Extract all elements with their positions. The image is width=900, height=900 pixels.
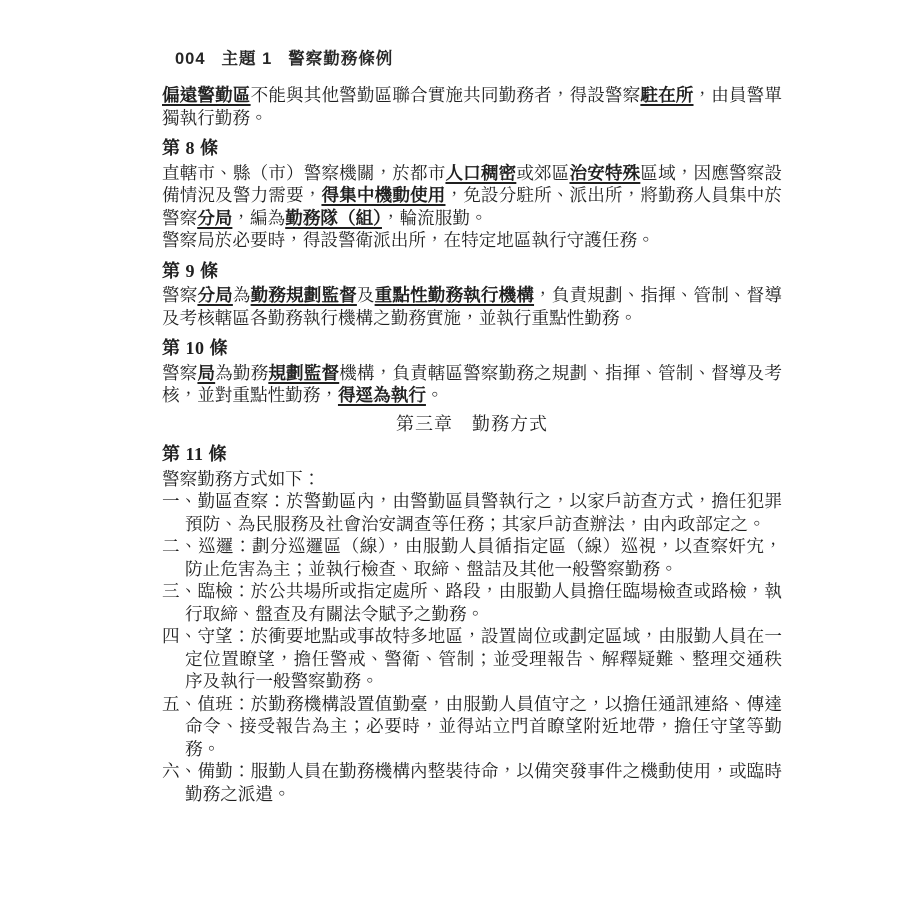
topic-label: 主題 1 xyxy=(222,45,273,69)
book-section-title: 警察勤務條例 xyxy=(288,45,393,69)
list-item-number: 二、 xyxy=(162,536,198,556)
emphasized-term: 重點性勤務執行機構 xyxy=(375,285,534,305)
list-item: 二、巡邏：劃分巡邏區（線），由服勤人員循指定區（線）巡視，以查察奸宄，防止危害為… xyxy=(162,535,782,580)
list-item-number: 四、 xyxy=(162,626,197,646)
list-item: 一、勤區查察：於警勤區內，由警勤區員警執行之，以家戶訪查方式，擔任犯罪預防、為民… xyxy=(162,490,782,535)
list-item: 六、備勤：服勤人員在勤務機構內整裝待命，以備突發事件之機動使用，或臨時勤務之派遣… xyxy=(162,760,782,805)
paragraph: 警察分局為勤務規劃監督及重點性勤務執行機構，負責規劃、指揮、管制、督導及考核轄區… xyxy=(162,284,782,329)
article-heading: 第 9 條 xyxy=(162,260,782,283)
article-heading: 第 8 條 xyxy=(162,137,782,160)
emphasized-term: 勤務規劃監督 xyxy=(251,285,357,305)
paragraph: 直轄市、縣（市）警察機關，於都市人口稠密或郊區治安特殊區域，因應警察設備情況及警… xyxy=(162,162,782,230)
emphasized-term: 人口稠密 xyxy=(445,163,516,183)
emphasized-term: 規劃監督 xyxy=(268,363,339,383)
list-item: 四、守望：於衝要地點或事故特多地區，設置崗位或劃定區域，由服勤人員在一定位置瞭望… xyxy=(162,625,782,693)
paragraph: 警察局於必要時，得設警衛派出所，在特定地區執行守護任務。 xyxy=(162,229,782,252)
emphasized-term: 得集中機動使用 xyxy=(321,185,445,205)
page-number: 004 xyxy=(175,50,206,69)
book-page: 004 主題 1 警察勤務條例 偏遠警勤區不能與其他警勤區聯合實施共同勤務者，得… xyxy=(0,0,900,900)
emphasized-term: 駐在所 xyxy=(640,85,693,105)
list-item-number: 三、 xyxy=(162,581,197,601)
paragraph: 偏遠警勤區不能與其他警勤區聯合實施共同勤務者，得設警察駐在所，由員警單獨執行勤務… xyxy=(162,84,782,129)
paragraph: 警察勤務方式如下： xyxy=(162,468,782,491)
document-body: 偏遠警勤區不能與其他警勤區聯合實施共同勤務者，得設警察駐在所，由員警單獨執行勤務… xyxy=(162,84,782,805)
emphasized-term: 分局 xyxy=(197,285,232,305)
page-header: 004 主題 1 警察勤務條例 xyxy=(175,45,393,69)
list-item-number: 五、 xyxy=(162,694,197,714)
emphasized-term: 局 xyxy=(197,363,215,383)
paragraph: 警察局為勤務規劃監督機構，負責轄區警察勤務之規劃、指揮、管制、督導及考核，並對重… xyxy=(162,362,782,407)
list-item-number: 一、 xyxy=(162,491,197,511)
list-item: 五、值班：於勤務機構設置值勤臺，由服勤人員值守之，以擔任通訊連絡、傳達命令、接受… xyxy=(162,693,782,761)
list-item-number: 六、 xyxy=(162,761,197,781)
emphasized-term: 得逕為執行 xyxy=(338,385,426,405)
emphasized-term: 分局 xyxy=(197,208,232,228)
emphasized-term: 偏遠警勤區 xyxy=(162,85,251,105)
article-heading: 第 10 條 xyxy=(162,337,782,360)
article-heading: 第 11 條 xyxy=(162,443,782,466)
chapter-heading: 第三章 勤務方式 xyxy=(162,413,782,436)
list-item: 三、臨檢：於公共場所或指定處所、路段，由服勤人員擔任臨場檢查或路檢，執行取締、盤… xyxy=(162,580,782,625)
emphasized-term: 治安特殊 xyxy=(569,163,640,183)
emphasized-term: 勤務隊（組） xyxy=(285,208,382,228)
